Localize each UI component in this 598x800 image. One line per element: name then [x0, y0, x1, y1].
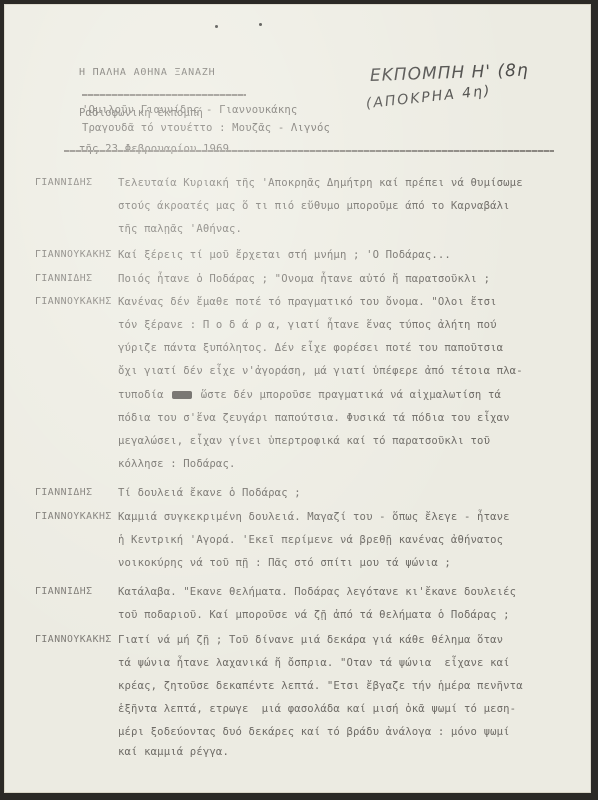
dialogue-line: Τί δουλειά ἔκανε ὁ Ποδάρας ;: [118, 487, 301, 499]
section-divider: [64, 150, 554, 152]
speaker-label: ΓΙΑΝΝΟΥΚΑΚΗΣ: [35, 511, 112, 522]
dialogue-line: Καί ξέρεις τί μοῦ ἔρχεται στή μνήμη ; 'Ο…: [118, 249, 451, 261]
dialogue-line: στούς άκροατές μας ὅ τι πιό εὔθυμο μπορο…: [118, 200, 510, 212]
dialogue-line: Τελευταία Κυριακή τῆς 'Αποκρηᾶς Δημήτρη …: [118, 177, 523, 189]
dialogue-text: ὥστε δέν μποροῦσε πραγματικά νά αἰχμαλωτ…: [194, 389, 501, 401]
header-divider: [82, 94, 246, 96]
speaker-label: ΓΙΑΝΝΙΔΗΣ: [35, 273, 93, 284]
dialogue-line: πόδια του σ'ἕνα ζευγάρι παπούτσια. Φυσικ…: [118, 412, 510, 424]
dialogue-line: Γιατί νά μή ζῇ ; Τοῦ δίνανε μιά δεκάρα γ…: [118, 634, 503, 646]
dialogue-line: ἡ Κεντρική 'Αγορά. 'Εκεῖ περίμενε νά βρε…: [118, 534, 503, 546]
dialogue-line: κρέας, ζητοῦσε δεκαπέντε λεπτά. "Ετσι ἔβ…: [118, 680, 523, 692]
handwritten-episode-note: ΕΚΠΟΜΠΗ Η' (8η: [370, 60, 529, 86]
dialogue-text: τυποδία: [118, 389, 170, 401]
speaker-label: ΓΙΑΝΝΟΥΚΑΚΗΣ: [35, 249, 112, 260]
speakers-line: 'Ομιλοῦν Γιαννίδης - Γιαννουκάκης: [82, 104, 297, 116]
speaker-label: ΓΙΑΝΝΙΔΗΣ: [35, 586, 93, 597]
dialogue-line: ὄχι γιατί δέν εἶχε ν'ἀγοράση, μά γιατί ὑ…: [118, 365, 523, 377]
dialogue-line: γύριζε πάντα ξυπόλητος. Δέν εἶχε φορέσει…: [118, 342, 503, 354]
dialogue-line-redacted: τυποδία ὥστε δέν μποροῦσε πραγματικά νά …: [118, 389, 501, 401]
dialogue-line: Κατάλαβα. "Εκανε θελήματα. Ποδάρας λεγότ…: [118, 586, 516, 598]
dialogue-line: νοικοκύρης νά τοῦ πῇ : Πᾶς στό σπίτι μου…: [118, 557, 451, 569]
song-line: Τραγουδᾶ τό ντουέττο : Μουζᾶς - Λιγνός: [82, 122, 330, 134]
punch-hole-mark: [215, 25, 218, 28]
speaker-label: ΓΙΑΝΝΙΔΗΣ: [35, 487, 93, 498]
redaction-mark: [172, 391, 192, 399]
dialogue-line: τά ψώνια ἦτανε λαχανικά ἤ ὄσπρια. "Οταν …: [118, 657, 510, 669]
speaker-label: ΓΙΑΝΝΟΥΚΑΚΗΣ: [35, 634, 112, 645]
dialogue-line: μεγαλώσει, εἶχαν γίνει ὑπερτροφικά καί τ…: [118, 435, 490, 447]
dialogue-line: μέρι ξοδεύοντας δυό δεκάρες καί τό βράδυ…: [118, 726, 510, 738]
program-title: Η ΠΑΛΗΑ ΑΘΗΝΑ ΞΑΝΑΖΗ: [79, 65, 229, 80]
dialogue-line: ἑξῆντα λεπτά, ετρωγε μιά φασολάδα καί μι…: [118, 703, 516, 715]
dialogue-line: τόν ξέρανε : Π ο δ ά ρ α, γιατί ἦτανε ἕν…: [118, 319, 497, 331]
dialogue-line: τοῦ ποδαριοῦ. Καί μποροῦσε νά ζῇ ἀπό τά …: [118, 609, 510, 621]
handwritten-carnival-note: (ΑΠΟΚΡΗΑ 4η): [365, 83, 492, 112]
document-page: Η ΠΑΛΗΑ ΑΘΗΝΑ ΞΑΝΑΖΗ Ραδιοφωνική έκπομπή…: [4, 4, 591, 793]
dialogue-line: κόλλησε : Ποδάρας.: [118, 458, 236, 470]
dialogue-line: Ποιός ἦτανε ὁ Ποδάρας ; "Ονομα ἦτανε αὐτ…: [118, 273, 490, 285]
speaker-label: ΓΙΑΝΝΟΥΚΑΚΗΣ: [35, 296, 112, 307]
punch-hole-mark: [259, 23, 262, 26]
speaker-label: ΓΙΑΝΝΙΔΗΣ: [35, 177, 93, 188]
dialogue-line: Κανένας δέν ἔμαθε ποτέ τό πραγματικό του…: [118, 296, 497, 308]
dialogue-line: τῆς παλῃᾶς 'Αθήνας.: [118, 223, 242, 235]
dialogue-line: Καμμιά συγκεκριμένη δουλειά. Μαγαζί του …: [118, 511, 510, 523]
dialogue-line: καί καμμιά ρέγγα.: [118, 746, 229, 758]
